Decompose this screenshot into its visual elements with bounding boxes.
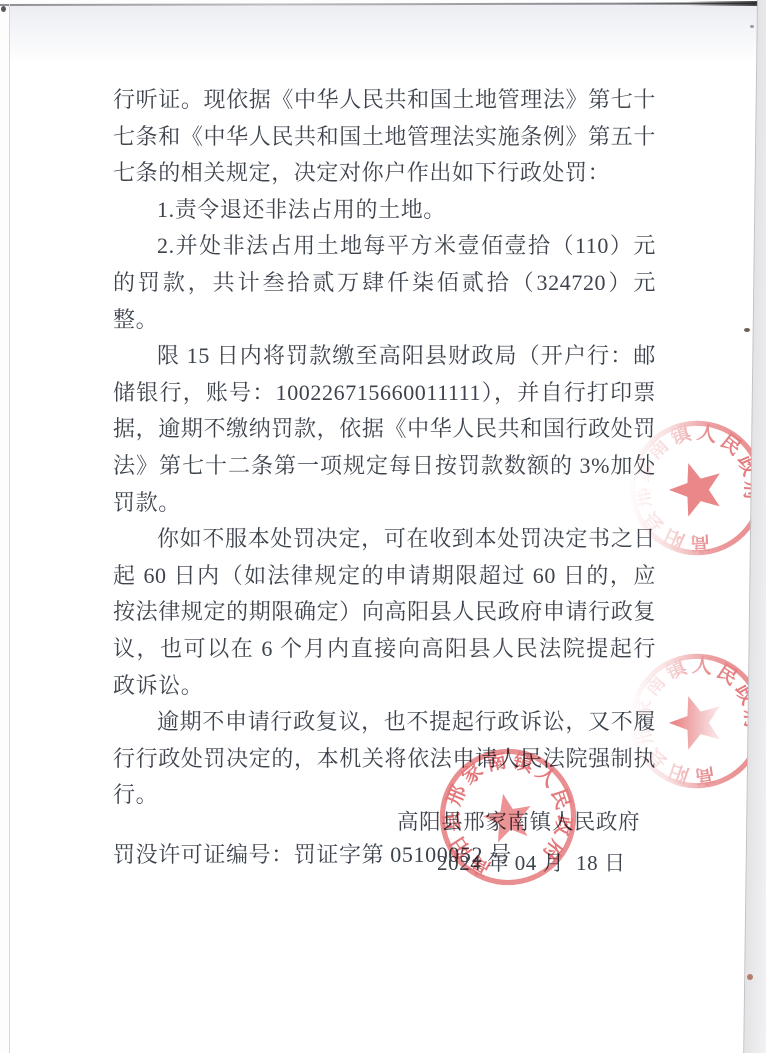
paper-sheet: 行听证。现依据《中华人民共和国土地管理法》第七十七条和《中华人民共和国土地管理法… — [9, 4, 757, 1053]
body-paragraph: 行听证。现依据《中华人民共和国土地管理法》第七十七条和《中华人民共和国土地管理法… — [113, 82, 656, 192]
penalty-item-2: 2.并处非法占用土地每平方米壹佰壹拾（110）元的罚款，共计叁拾贰万肆仟柒佰贰拾… — [113, 228, 656, 338]
scan-speck — [750, 25, 754, 28]
scan-top-right-shadow — [688, 1, 766, 6]
scan-speck — [744, 328, 750, 332]
scanned-document-screenshot: { "document": { "body_paragraphs": [ "行听… — [0, 0, 766, 1053]
star-icon — [669, 696, 720, 749]
scan-speck — [1, 6, 6, 12]
scan-speck — [747, 974, 753, 980]
payment-instructions-paragraph: 限 15 日内将罚款缴至高阳县财政局（开户行：邮储银行，账号：100226715… — [113, 338, 656, 521]
penalty-item-1: 1.责令退还非法占用的土地。 — [113, 192, 656, 229]
paper-left-edge — [9, 4, 10, 1053]
issuing-authority-name: 高阳县邢家南镇人民政府 — [397, 805, 640, 836]
star-icon — [669, 463, 720, 516]
appeal-rights-paragraph: 你如不服本处罚决定，可在收到本处罚决定书之日起 60 日内（如法律规定的申请期限… — [113, 521, 656, 704]
document-body: 行听证。现依据《中华人民共和国土地管理法》第七十七条和《中华人民共和国土地管理法… — [113, 82, 656, 873]
enforcement-paragraph: 逾期不申请行政复议，也不提起行政诉讼，又不履行行政处罚决定的，本机关将依法申请人… — [113, 704, 656, 814]
issue-date: 2024 年 04 月 18 日 — [437, 847, 626, 877]
